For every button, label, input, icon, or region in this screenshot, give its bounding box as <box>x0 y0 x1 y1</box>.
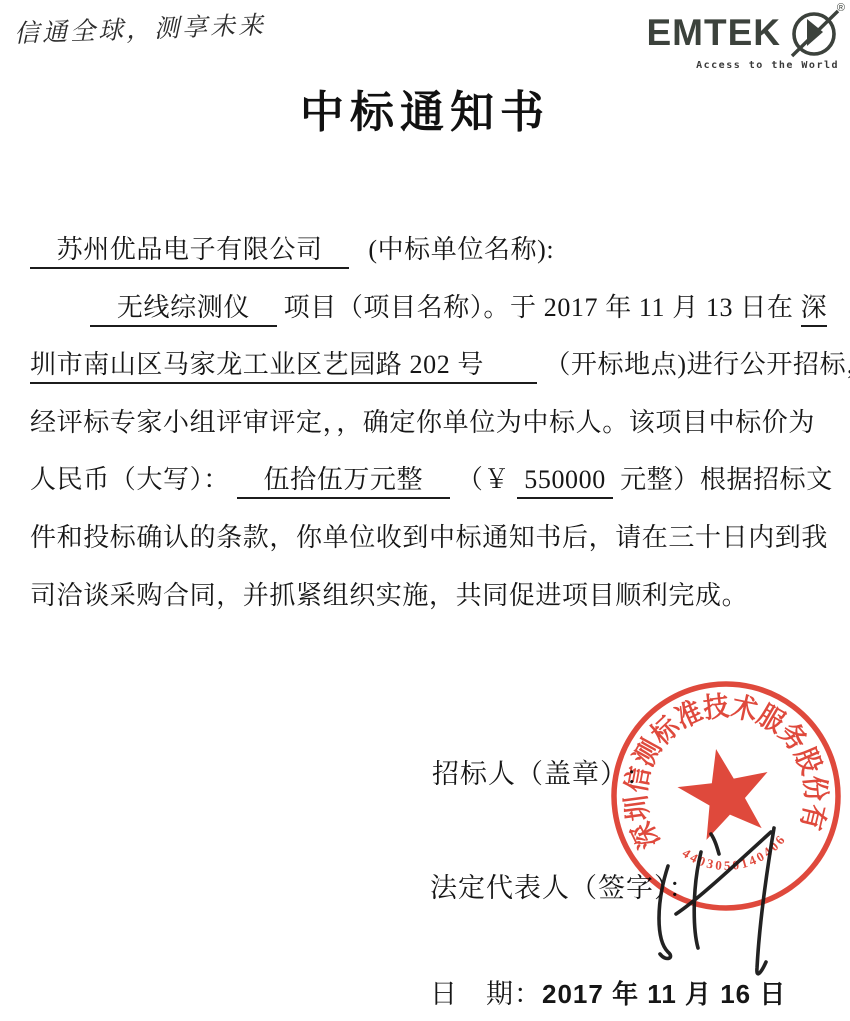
amount-in-words-underlined: 伍拾伍万元整 <box>237 465 450 499</box>
price-suffix: 元整）根据招标文 <box>620 465 833 494</box>
address-rest-underlined: 圳市南山区马家龙工业区艺园路 202 号 <box>30 350 537 384</box>
project-line: 无线综测仪 项目（项目名称）。于 2017 年 11 月 13 日在 深 <box>30 279 830 337</box>
address-line-text: （开标地点)进行公开招标， <box>544 350 850 379</box>
evaluation-line: 经评标专家小组评审评定，，确定你单位为中标人。该项目中标价为 <box>30 394 830 452</box>
globe-check-logo-icon: ® <box>787 6 843 58</box>
legal-representative-signature <box>638 818 793 1013</box>
closing-text: 司洽谈采购合同，并抓紧组织实施，共同促进项目顺利完成。 <box>30 581 748 610</box>
project-line-text: 项目（项目名称）。于 2017 年 11 月 13 日在 <box>284 293 794 322</box>
terms-text: 件和投标确认的条款，你单位收到中标通知书后，请在三十日内到我 <box>30 523 828 552</box>
winner-field-label: (中标单位名称): <box>368 235 554 264</box>
amount-in-figures-underlined: 550000 <box>517 465 613 499</box>
winner-name-underlined: 苏州优品电子有限公司 <box>30 235 349 269</box>
price-prefix: 人民币（大写）： <box>30 465 230 494</box>
price-mid: （￥ <box>457 465 510 494</box>
address-line: 圳市南山区马家龙工业区艺园路 202 号 （开标地点)进行公开招标， <box>30 336 830 394</box>
company-slogan: 信通全球，测享未来 <box>13 6 244 50</box>
indent <box>30 293 83 322</box>
registered-trademark-icon: ® <box>837 2 845 14</box>
brand-wordmark: EMTEK <box>647 14 782 51</box>
notice-body: 苏州优品电子有限公司 (中标单位名称): 无线综测仪 项目（项目名称）。于 20… <box>30 221 830 624</box>
date-label: 日 期： <box>430 979 542 1009</box>
closing-line: 司洽谈采购合同，并抓紧组织实施，共同促进项目顺利完成。 <box>30 567 830 625</box>
brand-logo: EMTEK ® Access to the World <box>628 6 843 71</box>
price-line: 人民币（大写）： 伍拾伍万元整 （￥ 550000 元整）根据招标文 <box>30 451 830 509</box>
bid-notice-document: 信通全球，测享未来 EMTEK ® Access to the World 中标… <box>0 0 850 1021</box>
terms-line: 件和投标确认的条款，你单位收到中标通知书后，请在三十日内到我 <box>30 509 830 567</box>
address-start-underlined: 深 <box>801 293 828 327</box>
project-name-underlined: 无线综测仪 <box>90 293 276 327</box>
evaluation-text: 经评标专家小组评审评定，，确定你单位为中标人。该项目中标价为 <box>30 408 815 437</box>
brand-tagline: Access to the World <box>628 60 843 71</box>
winner-line: 苏州优品电子有限公司 (中标单位名称): <box>30 221 830 279</box>
document-title: 中标通知书 <box>0 76 850 140</box>
